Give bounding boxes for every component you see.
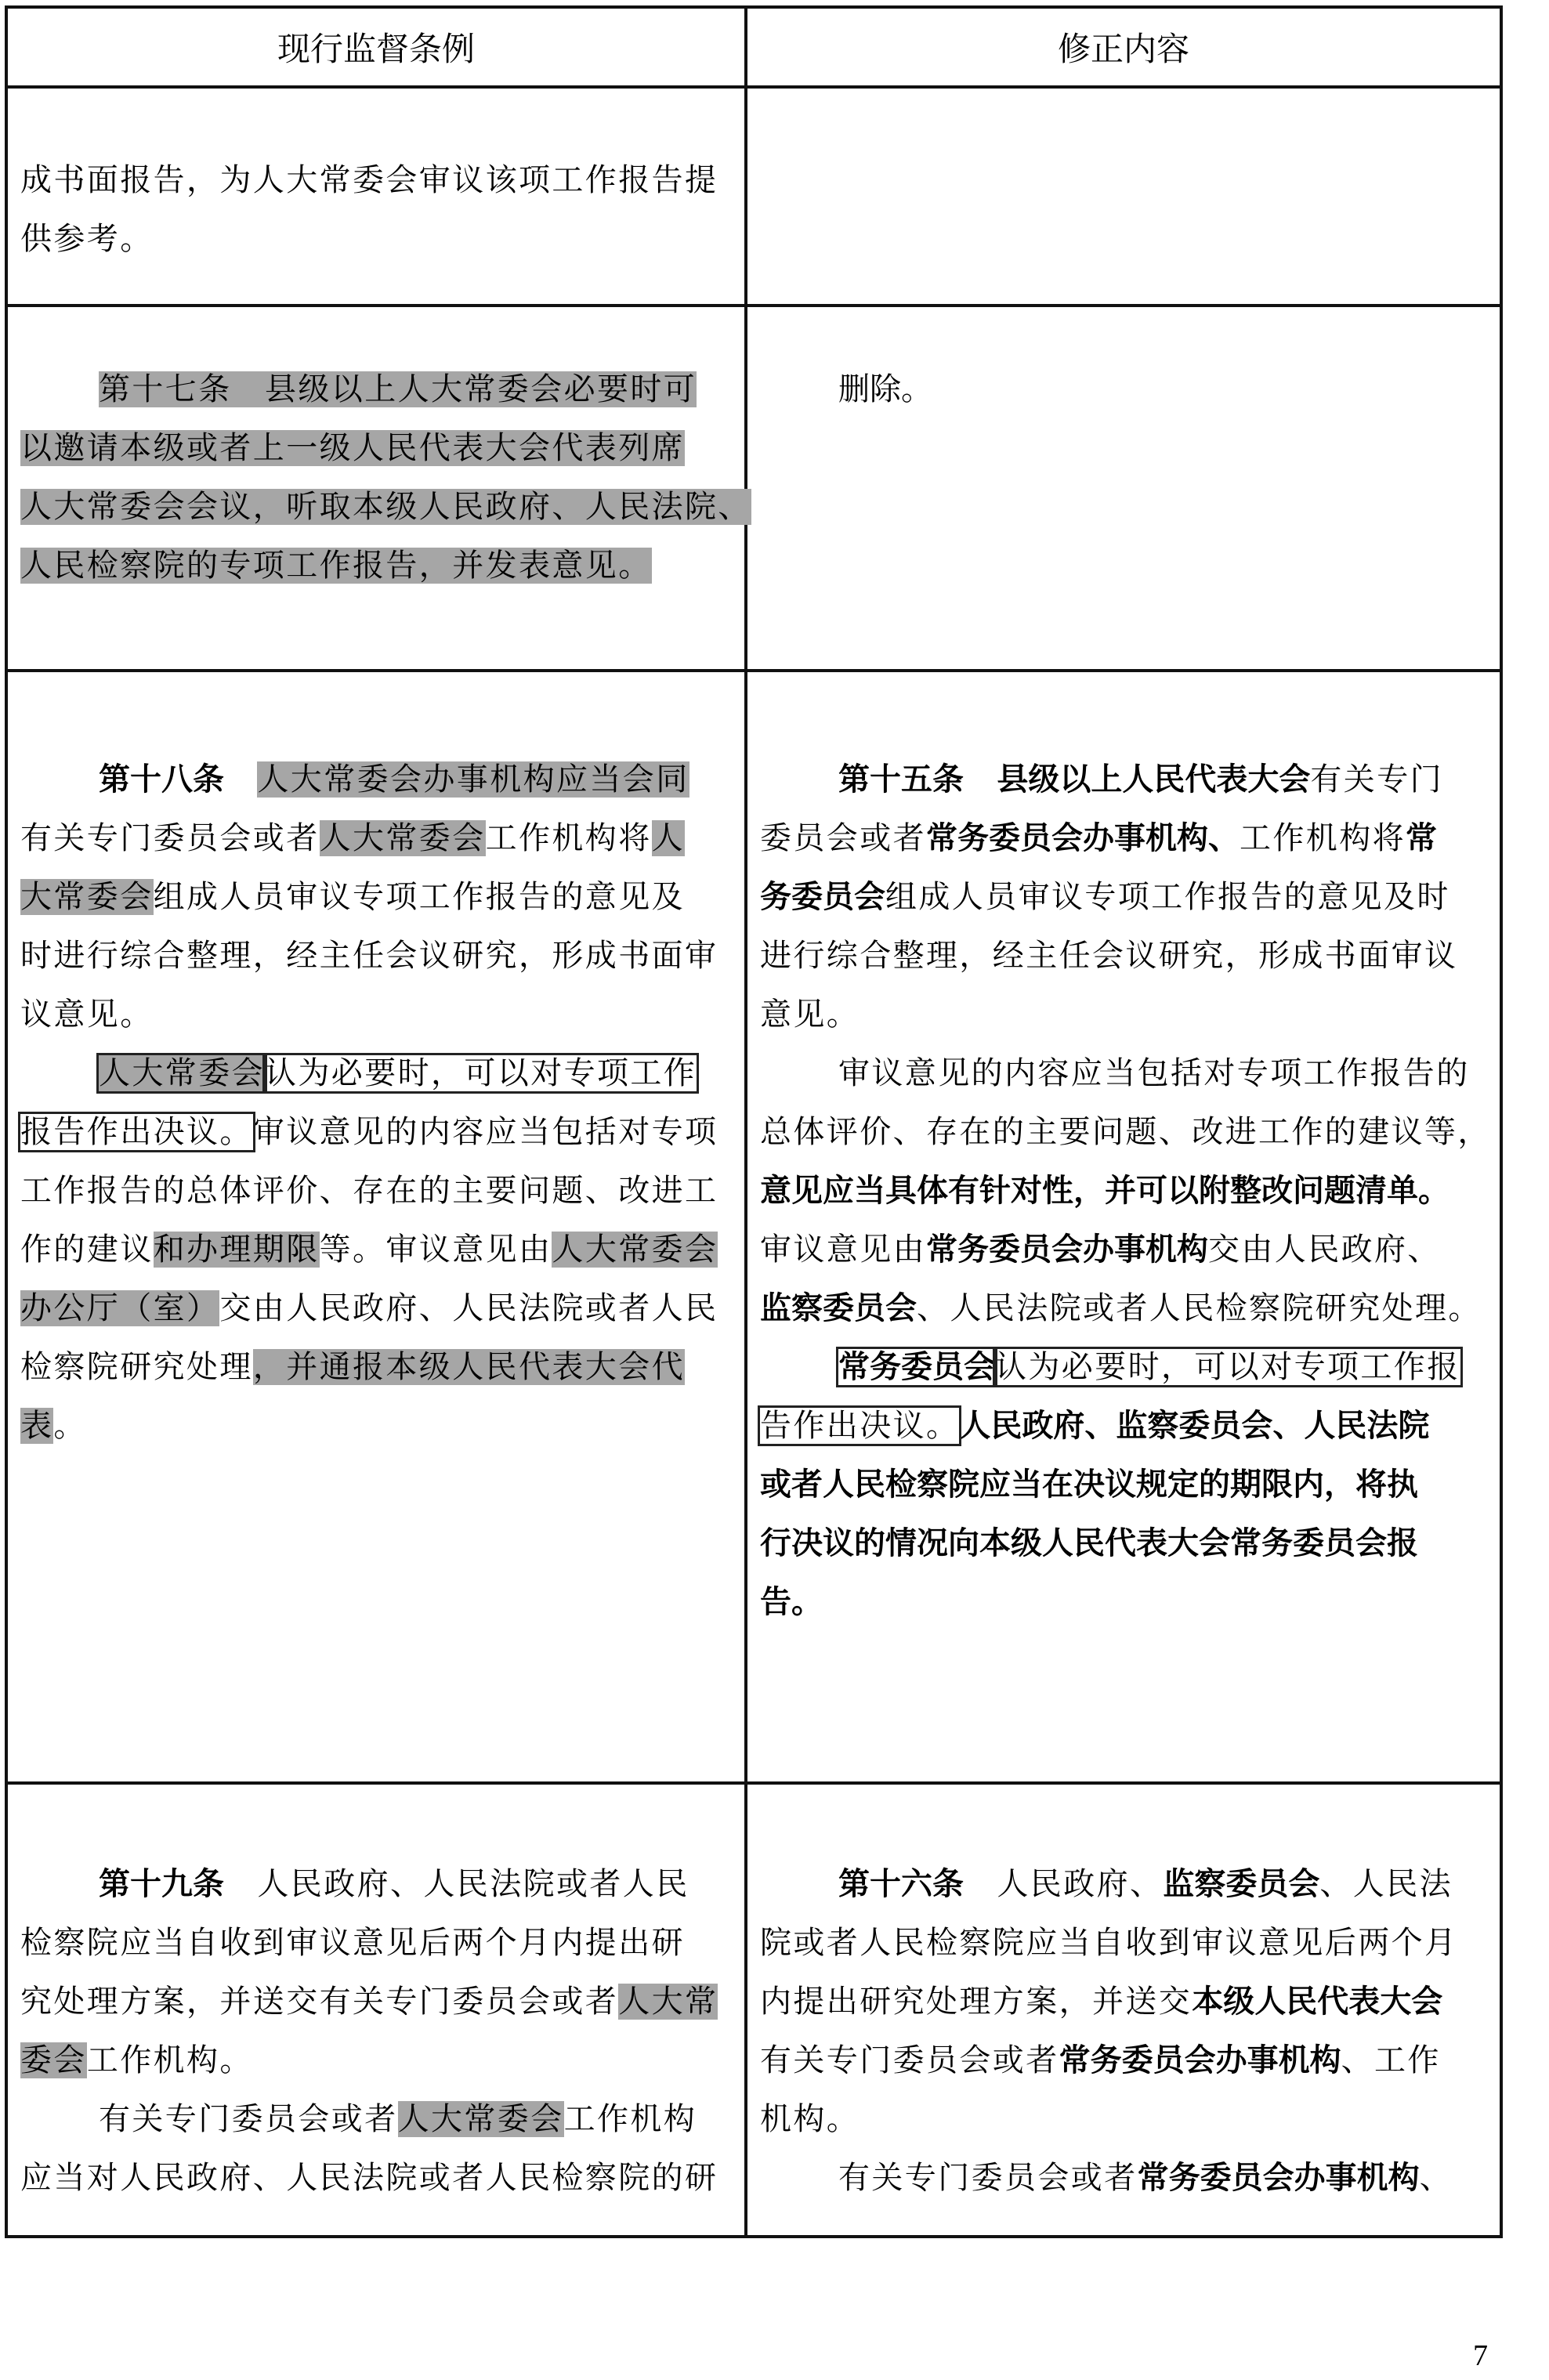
text-line: 删除。 (760, 360, 1487, 419)
bold-amended-text: 常务委员会办事机构、 (926, 820, 1240, 856)
text-line: 审议意见由常务委员会办事机构交由人民政府、 (760, 1221, 1487, 1279)
table-body: 成书面报告，为人大常委会审议该项工作报告提供参考。第十七条 县级以上人大常委会必… (6, 87, 1501, 2237)
text-segment: 、工作 (1341, 2042, 1441, 2078)
boxed-moved-text: 报告作出决议。 (20, 1114, 253, 1150)
text-line: 应当对人民政府、人民法院或者人民检察院的研 (20, 2149, 732, 2208)
bold-amended-text: 告。 (760, 1584, 823, 1620)
bold-amended-text: 常 (1406, 820, 1437, 856)
text-line: 成书面报告，为人大常委会审议该项工作报告提 (20, 151, 732, 210)
highlighted-deleted-text: 人大常委会 (320, 820, 486, 856)
text-segment: 工作报告的总体评价、存在的主要问题、改进工 (20, 1173, 718, 1209)
highlighted-deleted-text: 大常委会 (20, 879, 154, 915)
text-line: 有关专门委员会或者人大常委会工作机构 (20, 2090, 732, 2149)
text-segment: 究处理方案，并送交有关专门委员会或者 (20, 1984, 618, 2020)
header-amendment: 修正内容 (746, 7, 1501, 87)
highlighted-deleted-text: ，并通报本级人民代表大会代 (253, 1349, 685, 1385)
text-line: 常务委员会认为必要时，可以对专项工作报 (760, 1338, 1487, 1397)
text-line: 第十五条 县级以上人民代表大会有关专门 (760, 751, 1487, 809)
text-line: 议意见。 (20, 986, 732, 1044)
cell-amendment (746, 87, 1501, 306)
text-segment: 有关专门委员会或者 (20, 820, 320, 856)
text-line: 内提出研究处理方案，并送交本级人民代表大会 (760, 1973, 1487, 2031)
highlighted-deleted-text: 人大常委会会议，听取本级人民政府、人民法院、 (20, 489, 751, 525)
text-line: 有关专门委员会或者常务委员会办事机构、工作 (760, 2031, 1487, 2090)
table-row: 第十七条 县级以上人大常委会必要时可以邀请本级或者上一级人民代表大会代表列席人大… (6, 306, 1501, 671)
text-segment: 内提出研究处理方案，并送交 (760, 1984, 1192, 2020)
text-segment: 有关专门委员会或者 (838, 2160, 1138, 2196)
bold-amended-text: 务委员会 (760, 879, 885, 915)
text-segment: 机构。 (760, 2101, 860, 2137)
text-segment: 工作机构将 (1240, 820, 1406, 856)
text-segment (224, 761, 257, 798)
cell-current-regulation: 成书面报告，为人大常委会审议该项工作报告提供参考。 (6, 87, 746, 306)
cell-current-regulation: 第十九条 人民政府、人民法院或者人民检察院应当自收到审议意见后两个月内提出研究处… (6, 1783, 746, 2237)
text-segment: 应当对人民政府、人民法院或者人民检察院的研 (20, 2160, 718, 2196)
boxed-moved-text: 认为必要时，可以对专项工作报 (995, 1349, 1460, 1385)
cell-text-block: 第十八条 人大常委会办事机构应当会同有关专门委员会或者人大常委会工作机构将人大常… (8, 672, 744, 1456)
text-line: 或者人民检察院应当在决议规定的期限内，将执 (760, 1456, 1487, 1514)
text-line: 总体评价、存在的主要问题、改进工作的建议等， (760, 1103, 1487, 1162)
text-line: 工作报告的总体评价、存在的主要问题、改进工 (20, 1162, 732, 1221)
cell-text-block: 第十七条 县级以上人大常委会必要时可以邀请本级或者上一级人民代表大会代表列席人大… (8, 307, 744, 595)
text-line: 办公厅（室）交由人民政府、人民法院或者人民 (20, 1279, 732, 1338)
bold-amended-text: 意见应当具体有针对性，并可以附整改问题清单。 (760, 1173, 1449, 1209)
text-line: 大常委会组成人员审议专项工作报告的意见及 (20, 868, 732, 927)
text-segment: 工作机构。 (87, 2042, 253, 2078)
text-segment: 检察院应当自收到审议意见后两个月内提出研 (20, 1925, 685, 1961)
cell-text-block: 删除。 (747, 307, 1500, 419)
table-row: 第十八条 人大常委会办事机构应当会同有关专门委员会或者人大常委会工作机构将人大常… (6, 671, 1501, 1783)
table-row: 成书面报告，为人大常委会审议该项工作报告提供参考。 (6, 87, 1501, 306)
text-segment: 时进行综合整理，经主任会议研究，形成书面审 (20, 938, 718, 974)
highlighted-deleted-text: 人大常委会 (398, 2101, 564, 2137)
highlighted-deleted-text: 人大常委会 (552, 1232, 718, 1268)
text-line: 人大常委会会议，听取本级人民政府、人民法院、 (20, 478, 732, 537)
text-segment: 意见。 (760, 996, 860, 1033)
text-segment: 检察院研究处理 (20, 1349, 253, 1385)
text-segment: 工作机构 (564, 2101, 697, 2137)
bold-amended-text: 本级人民代表大会 (1192, 1984, 1442, 2020)
text-line: 进行综合整理，经主任会议研究，形成书面审议 (760, 927, 1487, 986)
text-segment: 总体评价、存在的主要问题、改进工作的建议等， (760, 1114, 1491, 1150)
text-segment: 作的建议 (20, 1232, 154, 1268)
text-segment: 有关专门 (1310, 761, 1443, 798)
text-segment: 供参考。 (20, 221, 154, 257)
text-line: 委员会或者常务委员会办事机构、工作机构将常 (760, 809, 1487, 868)
highlighted-deleted-text: 人大常 (618, 1984, 718, 2020)
text-segment: 等。审议意见由 (320, 1232, 552, 1268)
text-segment: 院或者人民检察院应当自收到审议意见后两个月 (760, 1925, 1457, 1961)
bold-amended-text: 第十九条 (99, 1866, 224, 1902)
bold-amended-text: 第十八条 (99, 761, 224, 798)
text-line: 审议意见的内容应当包括对专项工作报告的 (760, 1044, 1487, 1103)
text-line: 告。 (760, 1573, 1487, 1632)
highlighted-deleted-text: 人大常委会办事机构应当会同 (257, 761, 689, 798)
bold-amended-text: 常务委员会办事机构 (926, 1232, 1208, 1268)
text-line: 监察委员会、人民法院或者人民检察院研究处理。 (760, 1279, 1487, 1338)
cell-text-block (747, 89, 1500, 151)
text-line: 报告作出决议。审议意见的内容应当包括对专项 (20, 1103, 732, 1162)
cell-text-block: 第十九条 人民政府、人民法院或者人民检察院应当自收到审议意见后两个月内提出研究处… (8, 1785, 744, 2208)
text-segment: 、人民法院或者人民检察院研究处理。 (917, 1290, 1482, 1326)
bold-amended-text: 监察委员会 (760, 1290, 917, 1326)
text-line: 意见应当具体有针对性，并可以附整改问题清单。 (760, 1162, 1487, 1221)
cell-amendment: 第十六条 人民政府、监察委员会、人民法院或者人民检察院应当自收到审议意见后两个月… (746, 1783, 1501, 2237)
text-line: 表。 (20, 1397, 732, 1456)
text-line: 机构。 (760, 2090, 1487, 2149)
text-segment: 有关专门委员会或者 (760, 2042, 1059, 2078)
cell-current-regulation: 第十七条 县级以上人大常委会必要时可以邀请本级或者上一级人民代表大会代表列席人大… (6, 306, 746, 671)
text-line: 第十九条 人民政府、人民法院或者人民 (20, 1855, 732, 1914)
text-line: 究处理方案，并送交有关专门委员会或者人大常 (20, 1973, 732, 2031)
bold-amended-text: 常务委员会办事机构 (1059, 2042, 1341, 2078)
boxed-moved-text: 人大常委会 (99, 1055, 265, 1091)
comparison-table: 现行监督条例 修正内容 成书面报告，为人大常委会审议该项工作报告提供参考。第十七… (5, 5, 1503, 2238)
bold-amended-text: 第十五条 (838, 761, 964, 798)
text-line: 有关专门委员会或者常务委员会办事机构、 (760, 2149, 1487, 2208)
cell-text-block: 第十五条 县级以上人民代表大会有关专门委员会或者常务委员会办事机构、工作机构将常… (747, 672, 1500, 1632)
text-segment: 。 (53, 1408, 86, 1444)
text-line: 作的建议和办理期限等。审议意见由人大常委会 (20, 1221, 732, 1279)
text-segment: 进行综合整理，经主任会议研究，形成书面审议 (760, 938, 1457, 974)
text-segment: 删除。 (838, 371, 932, 407)
text-segment: 人民政府、人民法院或者人民 (224, 1866, 689, 1902)
text-segment: 审议意见的内容应当包括对专项 (253, 1114, 718, 1150)
header-current-regulation: 现行监督条例 (6, 7, 746, 87)
boxed-moved-text: 常务委员会 (838, 1349, 995, 1385)
text-segment: 议意见。 (20, 996, 154, 1033)
text-line: 告作出决议。人民政府、监察委员会、人民法院 (760, 1397, 1487, 1456)
text-segment (964, 761, 997, 798)
bold-amended-text: 县级以上人民代表大会 (997, 761, 1310, 798)
text-segment: 委员会或者 (760, 820, 926, 856)
text-segment: 审议意见的内容应当包括对专项工作报告的 (838, 1055, 1470, 1091)
cell-text-block: 第十六条 人民政府、监察委员会、人民法院或者人民检察院应当自收到审议意见后两个月… (747, 1785, 1500, 2208)
text-segment: 成书面报告，为人大常委会审议该项工作报告提 (20, 162, 718, 198)
document-page: 现行监督条例 修正内容 成书面报告，为人大常委会审议该项工作报告提供参考。第十七… (0, 0, 1549, 2380)
bold-amended-text: 或者人民检察院应当在决议规定的期限内，将执 (760, 1467, 1418, 1503)
text-line: 第十八条 人大常委会办事机构应当会同 (20, 751, 732, 809)
text-segment: 交由人民政府、人民法院或者人民 (219, 1290, 718, 1326)
text-segment: 审议意见由 (760, 1232, 926, 1268)
highlighted-deleted-text: 表 (20, 1408, 53, 1444)
boxed-moved-text: 告作出决议。 (760, 1408, 959, 1444)
table-row: 第十九条 人民政府、人民法院或者人民检察院应当自收到审议意见后两个月内提出研究处… (6, 1783, 1501, 2237)
text-segment: 有关专门委员会或者 (99, 2101, 398, 2137)
text-line: 人民检察院的专项工作报告，并发表意见。 (20, 537, 732, 595)
highlighted-deleted-text: 办公厅（室） (20, 1290, 219, 1326)
cell-current-regulation: 第十八条 人大常委会办事机构应当会同有关专门委员会或者人大常委会工作机构将人大常… (6, 671, 746, 1783)
text-line: 行决议的情况向本级人民代表大会常务委员会报 (760, 1514, 1487, 1573)
text-line: 第十六条 人民政府、监察委员会、人民法 (760, 1855, 1487, 1914)
text-segment: 人民政府、 (964, 1866, 1163, 1902)
highlighted-deleted-text: 以邀请本级或者上一级人民代表大会代表列席 (20, 430, 685, 466)
text-segment: 工作机构将 (486, 820, 652, 856)
text-line: 供参考。 (20, 210, 732, 269)
highlighted-deleted-text: 和办理期限 (154, 1232, 320, 1268)
highlighted-deleted-text: 第十七条 县级以上人大常委会必要时可 (99, 371, 697, 407)
bold-amended-text: 人民政府、监察委员会、人民法院 (959, 1408, 1429, 1444)
page-number: 7 (1473, 2338, 1488, 2373)
boxed-moved-text: 认为必要时，可以对专项工作 (265, 1055, 697, 1091)
text-line: 务委员会组成人员审议专项工作报告的意见及时 (760, 868, 1487, 927)
cell-amendment: 删除。 (746, 306, 1501, 671)
bold-amended-text: 常务委员会办事机构 (1138, 2160, 1420, 2196)
cell-amendment: 第十五条 县级以上人民代表大会有关专门委员会或者常务委员会办事机构、工作机构将常… (746, 671, 1501, 1783)
text-line: 时进行综合整理，经主任会议研究，形成书面审 (20, 927, 732, 986)
text-line: 委会工作机构。 (20, 2031, 732, 2090)
bold-amended-text: 第十六条 (838, 1866, 964, 1902)
text-segment: 交由人民政府、 (1208, 1232, 1441, 1268)
text-segment: 、人民法 (1319, 1866, 1453, 1902)
text-segment: 、 (1420, 2160, 1453, 2196)
text-line: 有关专门委员会或者人大常委会工作机构将人 (20, 809, 732, 868)
table-header-row: 现行监督条例 修正内容 (6, 7, 1501, 87)
text-line: 检察院研究处理，并通报本级人民代表大会代 (20, 1338, 732, 1397)
highlighted-deleted-text: 人民检察院的专项工作报告，并发表意见。 (20, 548, 652, 584)
text-segment: 组成人员审议专项工作报告的意见及 (154, 879, 685, 915)
text-line: 人大常委会认为必要时，可以对专项工作 (20, 1044, 732, 1103)
highlighted-deleted-text: 委会 (20, 2042, 87, 2078)
bold-amended-text: 行决议的情况向本级人民代表大会常务委员会报 (760, 1525, 1418, 1561)
highlighted-deleted-text: 人 (652, 820, 685, 856)
text-line: 第十七条 县级以上人大常委会必要时可 (20, 360, 732, 419)
text-segment: 组成人员审议专项工作报告的意见及时 (885, 879, 1450, 915)
bold-amended-text: 监察委员会 (1163, 1866, 1319, 1902)
text-line: 院或者人民检察院应当自收到审议意见后两个月 (760, 1914, 1487, 1973)
text-line: 意见。 (760, 986, 1487, 1044)
cell-text-block: 成书面报告，为人大常委会审议该项工作报告提供参考。 (8, 89, 744, 269)
text-line: 检察院应当自收到审议意见后两个月内提出研 (20, 1914, 732, 1973)
text-line: 以邀请本级或者上一级人民代表大会代表列席 (20, 419, 732, 478)
